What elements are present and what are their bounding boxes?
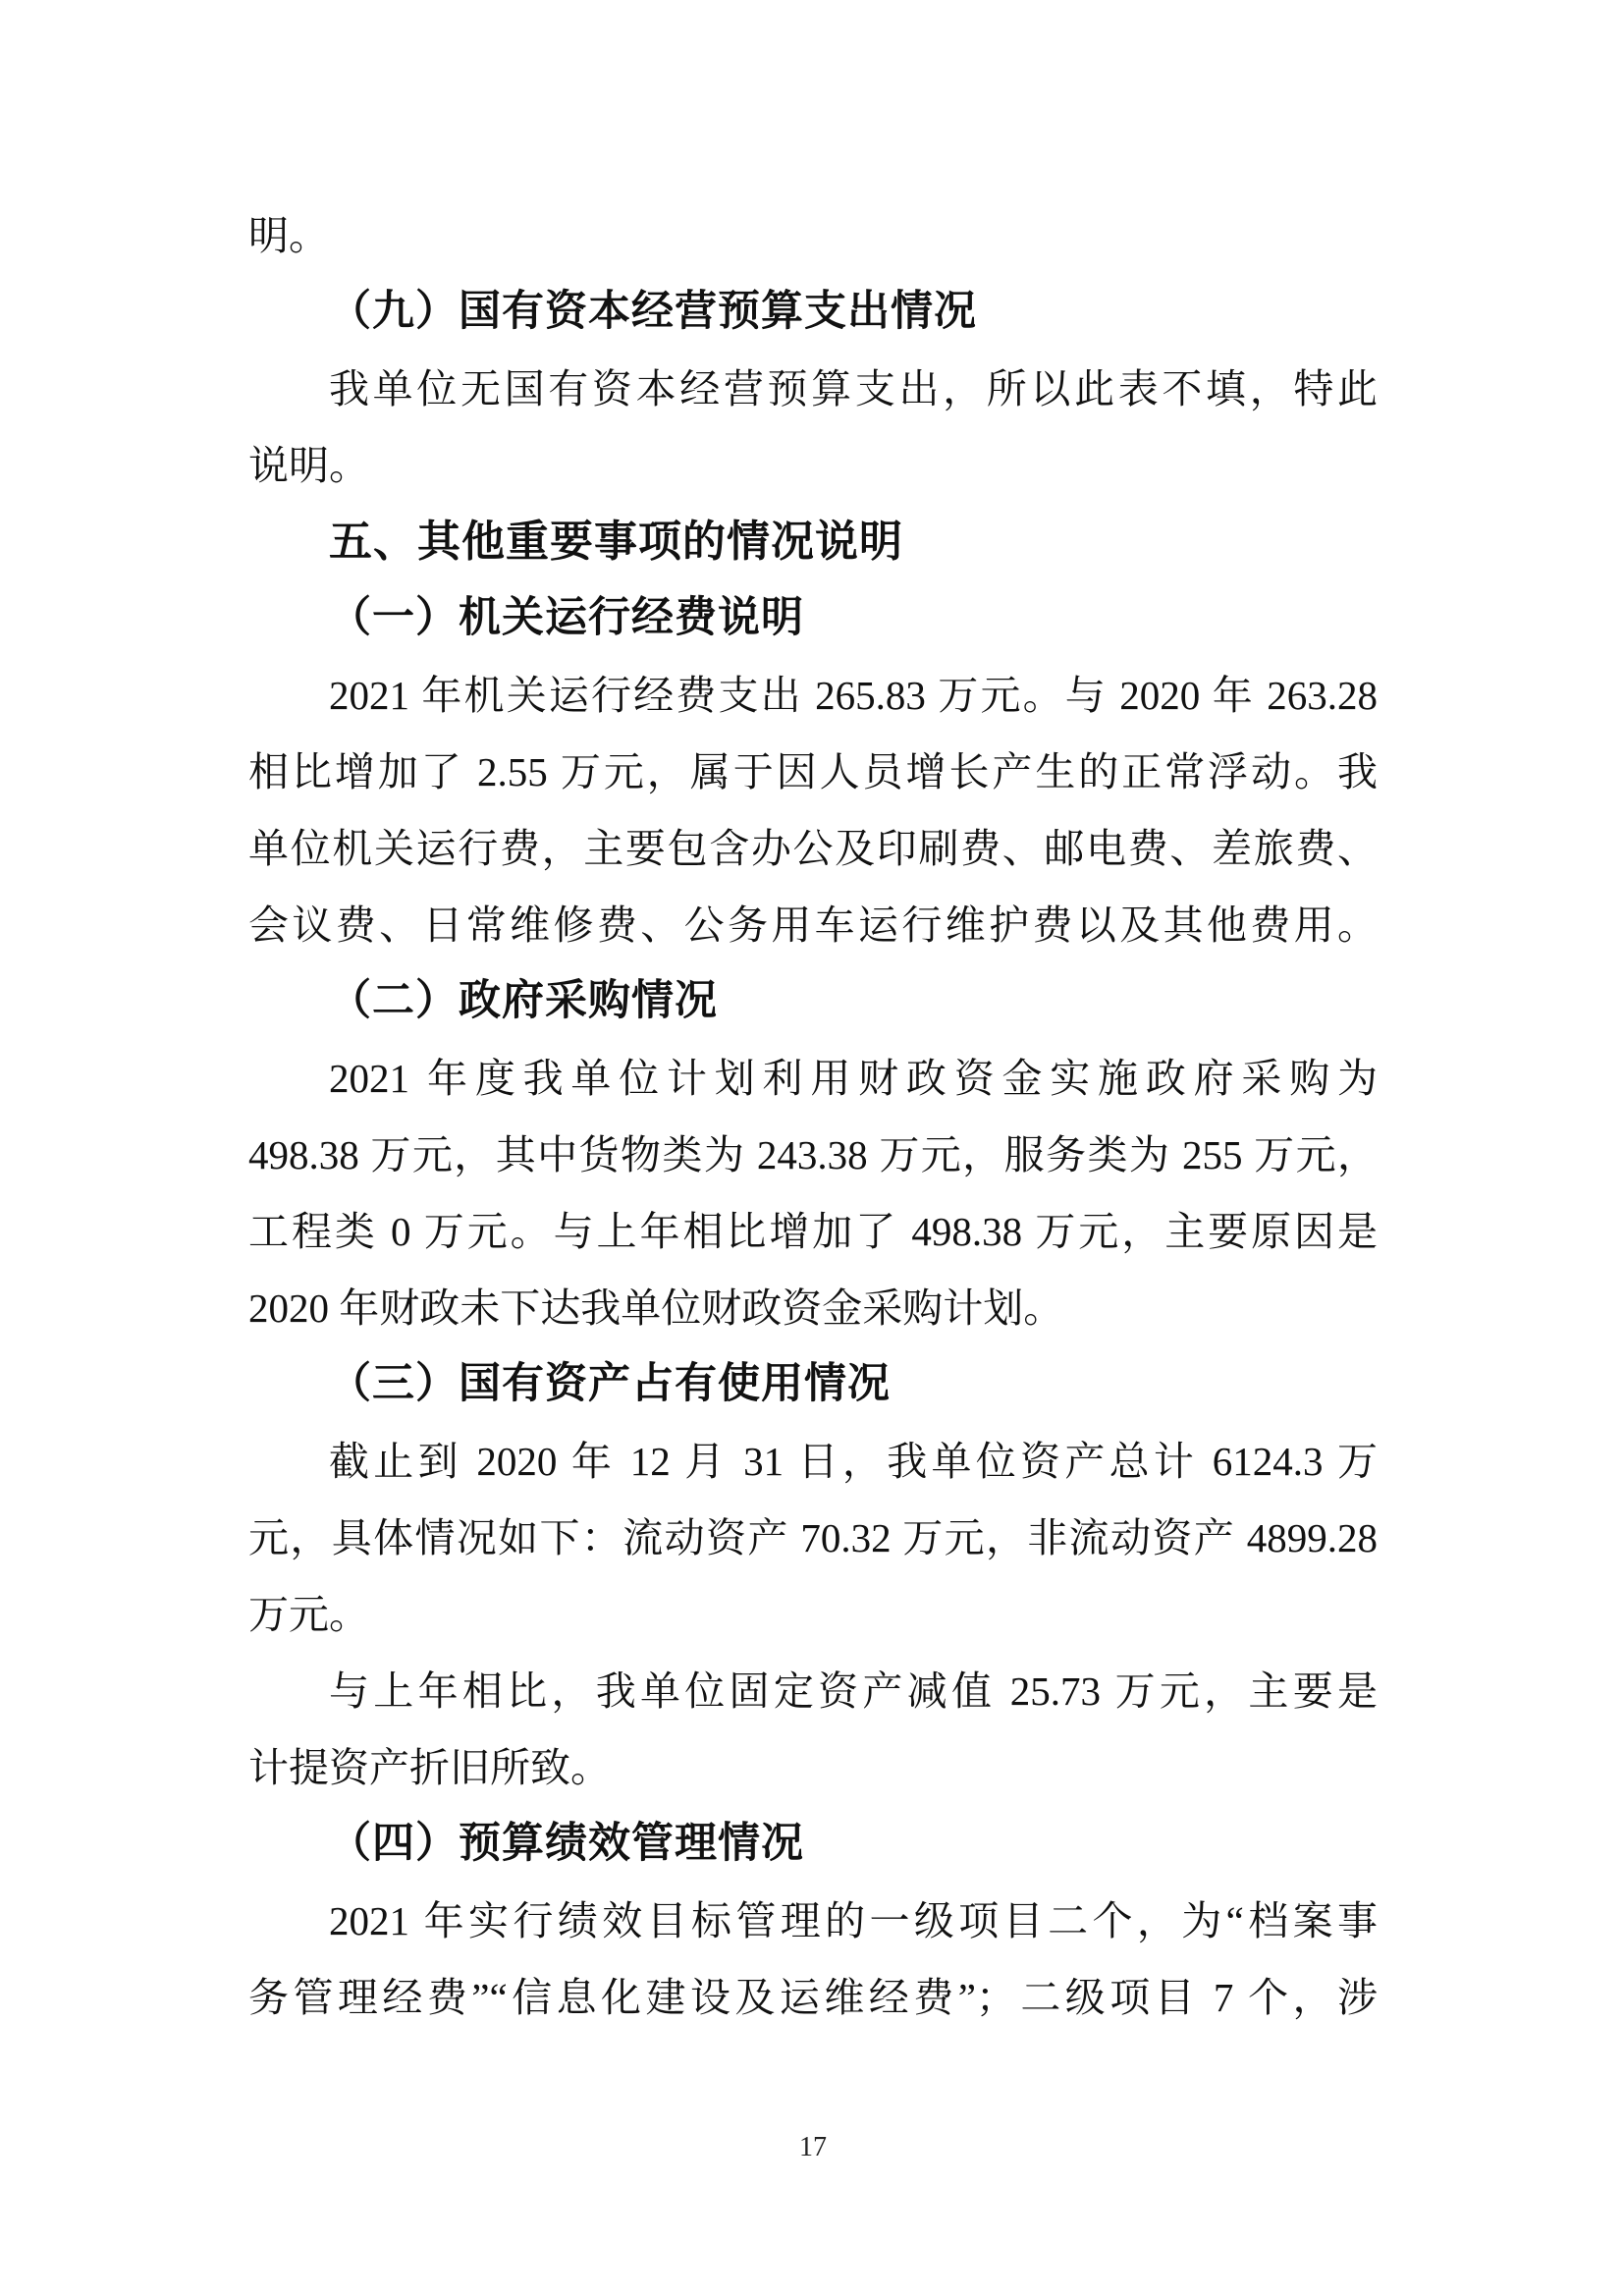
body-text-line: 明。 [248, 197, 1378, 274]
section-heading-3: （三）国有资产占有使用情况 [248, 1346, 1378, 1423]
body-text-line: 工程类 0 万元。与上年相比增加了 498.38 万元，主要原因是 [248, 1193, 1378, 1270]
body-text-line: 相比增加了 2.55 万元，属于因人员增长产生的正常浮动。我 [248, 734, 1378, 810]
section-heading-1: （一）机关运行经费说明 [248, 580, 1378, 657]
body-text-line: 会议费、日常维修费、公务用车运行维护费以及其他费用。 [248, 887, 1378, 963]
body-text-line: 2020 年财政未下达我单位财政资金采购计划。 [248, 1270, 1378, 1346]
body-text-line: 万元。 [248, 1576, 1378, 1653]
body-text-line: 单位机关运行费，主要包含办公及印刷费、邮电费、差旅费、 [248, 810, 1378, 887]
section-heading-9: （九）国有资本经营预算支出情况 [248, 274, 1378, 351]
body-text-line: 计提资产折旧所致。 [248, 1729, 1378, 1806]
body-text-line: 我单位无国有资本经营预算支出，所以此表不填，特此 [248, 351, 1378, 427]
section-heading-2: （二）政府采购情况 [248, 963, 1378, 1040]
body-text-line: 元，具体情况如下：流动资产 70.32 万元，非流动资产 4899.28 [248, 1500, 1378, 1576]
body-text-line: 截止到 2020 年 12 月 31 日，我单位资产总计 6124.3 万 [248, 1423, 1378, 1500]
body-text-line: 务管理经费”“信息化建设及运维经费”；二级项目 7 个，涉 [248, 1959, 1378, 2036]
body-text-line: 2021 年实行绩效目标管理的一级项目二个，为“档案事 [248, 1883, 1378, 1959]
body-text-line: 498.38 万元，其中货物类为 243.38 万元，服务类为 255 万元， [248, 1117, 1378, 1193]
chapter-heading-5: 五、其他重要事项的情况说明 [248, 504, 1378, 580]
body-text-line: 说明。 [248, 427, 1378, 504]
page-number: 17 [248, 2133, 1378, 2162]
text-block: 明。 （九）国有资本经营预算支出情况 我单位无国有资本经营预算支出，所以此表不填… [248, 197, 1378, 2036]
body-text-line: 2021 年机关运行经费支出 265.83 万元。与 2020 年 263.28 [248, 657, 1378, 734]
body-text-line: 2021 年度我单位计划利用财政资金实施政府采购为 [248, 1040, 1378, 1117]
body-text-line: 与上年相比，我单位固定资产减值 25.73 万元，主要是 [248, 1653, 1378, 1729]
document-page: 明。 （九）国有资本经营预算支出情况 我单位无国有资本经营预算支出，所以此表不填… [0, 0, 1623, 2296]
section-heading-4: （四）预算绩效管理情况 [248, 1806, 1378, 1883]
